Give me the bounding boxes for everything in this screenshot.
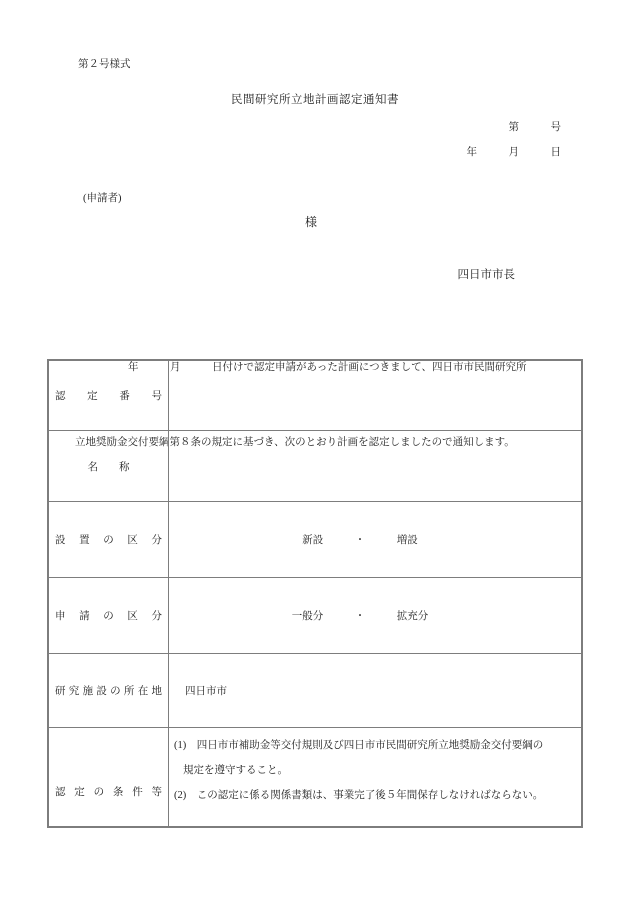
addressee-honorific: 様 <box>305 213 317 230</box>
row-value-certification-number <box>169 361 581 430</box>
label-char: 申 <box>55 608 66 623</box>
label-char: 件 <box>132 784 143 799</box>
label-char: 分 <box>152 608 163 623</box>
label-char: 究 <box>69 683 80 698</box>
table-row-certification-number: 認定番号 <box>49 361 581 431</box>
row-value-name <box>169 431 581 501</box>
label-char: 条 <box>113 784 124 799</box>
certification-table: 認定番号名 称設置の区分新設 ・ 増設申請の区分一般分 ・ 拡充分研究施設の所在… <box>47 359 583 828</box>
row-value-installation-category: 新設 ・ 増設 <box>169 502 581 577</box>
label-char: の <box>94 784 105 799</box>
row-label-certification-number: 認定番号 <box>49 361 169 430</box>
label-char: 区 <box>127 532 138 547</box>
document-date-line: 年 月 日 <box>467 144 562 159</box>
label-char: 置 <box>79 532 90 547</box>
label-char: 研 <box>55 683 66 698</box>
table-row-certification-conditions: 認定の条件等(1) 四日市市補助金等交付規則及び四日市市民間研究所立地奨励金交付… <box>49 728 581 826</box>
label-char: の <box>103 608 114 623</box>
applicant-label: (申請者) <box>83 190 122 205</box>
document-number-line: 第 号 <box>509 119 562 134</box>
row-value-facility-location: 四日市市 <box>169 654 581 727</box>
label-char: 設 <box>55 532 66 547</box>
row-label-installation-category: 設置の区分 <box>49 502 169 577</box>
condition-line: 規定を遵守すること。 <box>174 758 575 783</box>
label-char: 認 <box>55 784 66 799</box>
table-row-name: 名 称 <box>49 431 581 502</box>
label-char: 認 <box>55 388 66 403</box>
row-value-certification-conditions: (1) 四日市市補助金等交付規則及び四日市市民間研究所立地奨励金交付要綱の規定を… <box>169 728 581 826</box>
row-label-application-category: 申請の区分 <box>49 578 169 653</box>
label-char: 定 <box>87 388 98 403</box>
condition-line: (1) 四日市市補助金等交付規則及び四日市市民間研究所立地奨励金交付要綱の <box>174 733 575 758</box>
label-char: 在 <box>138 683 149 698</box>
label-char: 号 <box>151 388 162 403</box>
document-title: 民間研究所立地計画認定通知書 <box>0 91 630 107</box>
document-page: 第２号様式 民間研究所立地計画認定通知書 第 号 年 月 日 (申請者) 様 四… <box>0 0 630 903</box>
label-char: 所 <box>124 683 135 698</box>
label-char: 番 <box>119 388 130 403</box>
form-number: 第２号様式 <box>78 56 131 71</box>
row-label-certification-conditions: 認定の条件等 <box>49 728 169 826</box>
row-label-facility-location: 研究施設の所在地 <box>49 654 169 727</box>
label-char: 地 <box>151 683 162 698</box>
label-char: 設 <box>96 683 107 698</box>
label-char: 定 <box>74 784 85 799</box>
label-char: 分 <box>152 532 163 547</box>
table-row-facility-location: 研究施設の所在地四日市市 <box>49 654 581 728</box>
label-char: 等 <box>151 784 162 799</box>
sender-title: 四日市市長 <box>458 266 516 282</box>
table-row-installation-category: 設置の区分新設 ・ 増設 <box>49 502 581 578</box>
label-char: の <box>103 532 114 547</box>
row-value-application-category: 一般分 ・ 拡充分 <box>169 578 581 653</box>
label-char: 施 <box>83 683 94 698</box>
row-label-name: 名 称 <box>49 431 169 501</box>
table-row-application-category: 申請の区分一般分 ・ 拡充分 <box>49 578 581 654</box>
label-char: の <box>110 683 121 698</box>
condition-line: (2) この認定に係る関係書類は、事業完了後５年間保存しなければならない。 <box>174 783 575 808</box>
label-char: 請 <box>79 608 90 623</box>
label-char: 区 <box>127 608 138 623</box>
